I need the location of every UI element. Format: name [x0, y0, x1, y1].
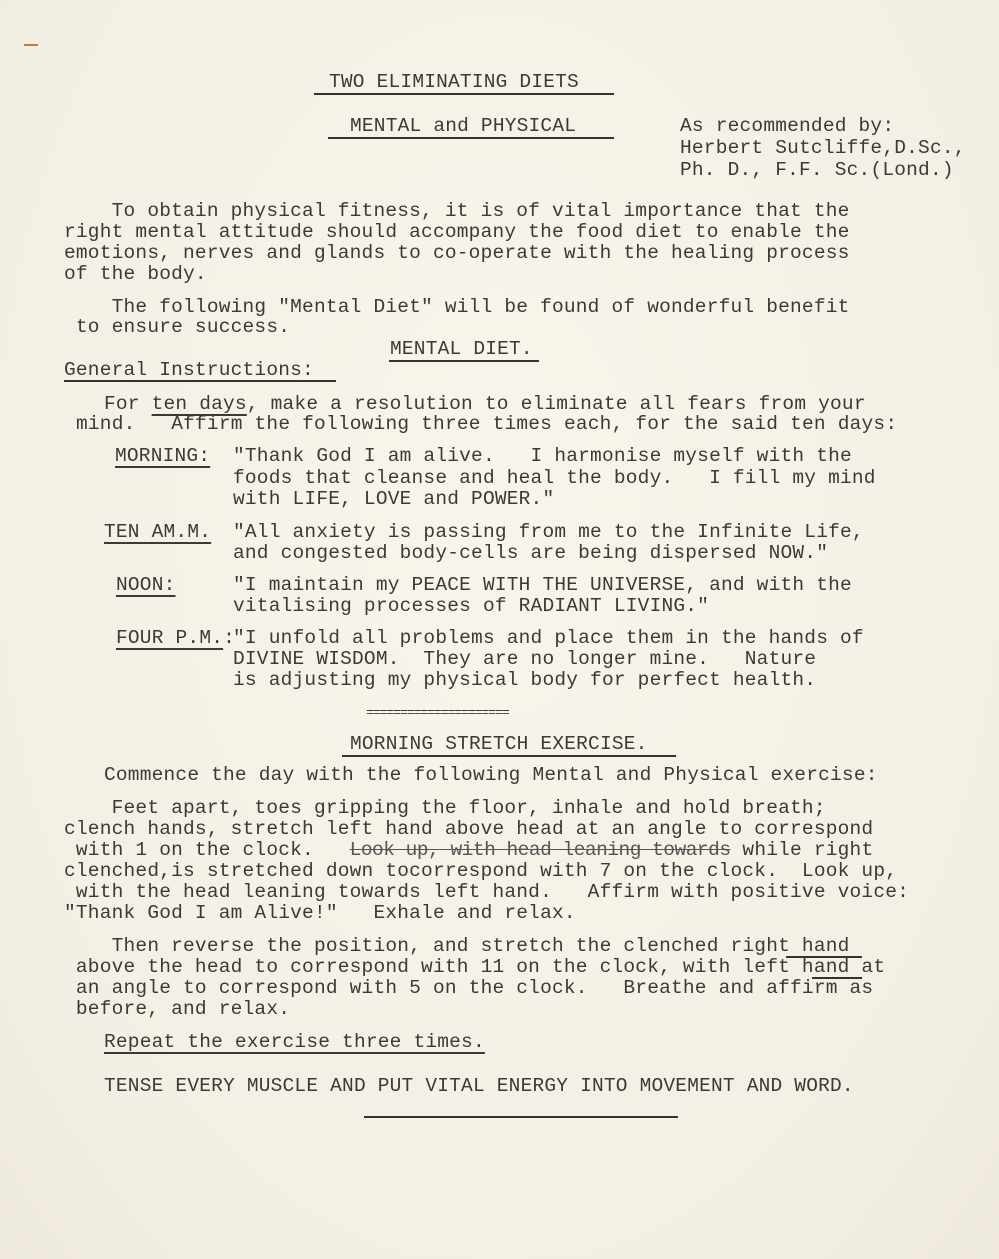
exercise-line: clenched,is stretched down tocorrespond … — [64, 861, 897, 882]
document-title: TWO ELIMINATING DIETS — [329, 72, 579, 93]
exercise-line: Then reverse the position, and stretch t… — [64, 936, 850, 957]
handwritten-overline — [786, 956, 862, 958]
exercise-line: above the head to correspond with 11 on … — [64, 957, 885, 978]
subtitle-underline — [328, 137, 614, 139]
instruction-line: For ten days, make a resolution to elimi… — [104, 394, 866, 415]
exercise-line: an angle to correspond with 5 on the clo… — [64, 978, 873, 999]
affirmation-text: "I maintain my PEACE WITH THE UNIVERSE, … — [233, 575, 852, 596]
affirmation-text: is adjusting my physical body for perfec… — [233, 670, 816, 691]
affirmation-time: NOON: — [116, 575, 176, 596]
intro-line: The following "Mental Diet" will be foun… — [64, 297, 850, 318]
exercise-line: with the head leaning towards left hand.… — [64, 882, 909, 903]
end-rule — [364, 1116, 678, 1118]
exercise-line: clench hands, stretch left hand above he… — [64, 819, 873, 840]
affirmation-time: MORNING: — [115, 446, 210, 467]
recommended-label: As recommended by: — [680, 116, 894, 137]
section-divider: ===================== — [366, 702, 509, 723]
affirmation-text: "I unfold all problems and place them in… — [233, 628, 864, 649]
repeat-instruction: Repeat the exercise three times. — [104, 1032, 485, 1053]
heading-underline — [342, 755, 676, 757]
affirmation-text: with LIFE, LOVE and POWER." — [233, 489, 554, 510]
title-underline — [314, 93, 614, 95]
affirmation-text: DIVINE WISDOM. They are no longer mine. … — [233, 649, 816, 670]
exercise-line: "Thank God I am Alive!" Exhale and relax… — [64, 903, 576, 924]
affirmation-text: "All anxiety is passing from me to the I… — [233, 522, 864, 543]
struck-out-text: Look up, with head leaning towards — [350, 839, 731, 861]
heading-underline — [389, 360, 539, 362]
mental-diet-heading: MENTAL DIET. — [390, 339, 533, 360]
affirmation-text: "Thank God I am alive. I harmonise mysel… — [233, 446, 852, 467]
ink-speck — [24, 44, 38, 46]
author-credentials: Ph. D., F.F. Sc.(Lond.) — [680, 160, 954, 181]
exercise-line: with 1 on the clock. Look up, with head … — [64, 840, 873, 861]
exercise-heading: MORNING STRETCH EXERCISE. — [350, 734, 648, 755]
intro-line: right mental attitude should accompany t… — [64, 222, 850, 243]
affirmation-time: TEN AM.M. — [104, 522, 211, 543]
instruction-line: mind. Affirm the following three times e… — [76, 414, 897, 435]
exercise-intro: Commence the day with the following Ment… — [104, 765, 878, 786]
ten-days-emphasis: ten days — [152, 393, 247, 415]
intro-line: to ensure success. — [64, 317, 290, 338]
document-subtitle: MENTAL and PHYSICAL — [350, 116, 576, 137]
handwritten-overline — [812, 977, 862, 979]
intro-line: emotions, nerves and glands to co-operat… — [64, 243, 850, 264]
intro-line: To obtain physical fitness, it is of vit… — [64, 201, 850, 222]
affirmation-time: FOUR P.M.: — [116, 628, 235, 649]
closing-statement: TENSE EVERY MUSCLE AND PUT VITAL ENERGY … — [104, 1076, 854, 1097]
exercise-line: before, and relax. — [64, 999, 290, 1020]
general-instructions-label: General Instructions: — [64, 360, 314, 381]
intro-line: of the body. — [64, 264, 207, 285]
affirmation-text: foods that cleanse and heal the body. I … — [233, 468, 876, 489]
affirmation-text: vitalising processes of RADIANT LIVING." — [233, 596, 709, 617]
paper-page: TWO ELIMINATING DIETS MENTAL and PHYSICA… — [0, 0, 999, 1259]
label-underline — [64, 380, 336, 382]
author-name: Herbert Sutcliffe,D.Sc., — [680, 138, 966, 159]
affirmation-text: and congested body-cells are being dispe… — [233, 543, 828, 564]
exercise-line: Feet apart, toes gripping the floor, inh… — [64, 798, 826, 819]
